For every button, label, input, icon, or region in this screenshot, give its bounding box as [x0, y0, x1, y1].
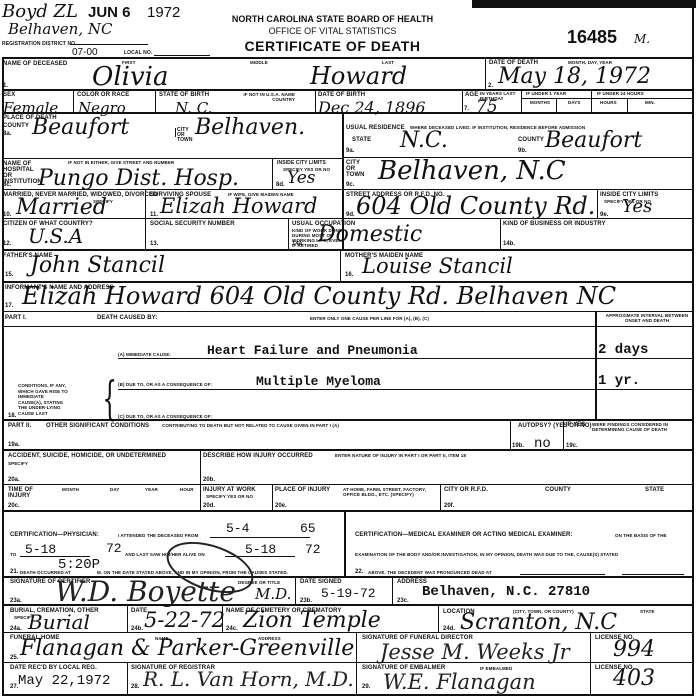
form-bottom-border [2, 694, 694, 696]
divider [2, 662, 692, 663]
certifier-title-value: M.D. [255, 587, 291, 602]
divider [2, 326, 692, 327]
citizen-value: U.S.A [28, 226, 83, 246]
funeral-license-value: 994 [613, 639, 655, 661]
divider [595, 311, 597, 420]
if-not-usa-label: IF NOT IN U.S.A. NAME COUNTRY [225, 92, 295, 102]
last-name-value: Howard [310, 64, 407, 88]
disposition-value: Burial [28, 612, 90, 632]
divider [272, 158, 273, 190]
interval-a-value: 2 days [598, 343, 648, 357]
divider [288, 218, 289, 249]
divider [590, 632, 591, 694]
item-number: 28. [131, 684, 139, 690]
divider [73, 89, 74, 113]
divider [2, 510, 694, 512]
specify-label: SPECIFY [8, 461, 28, 466]
death-time-value: 5:20P [58, 558, 100, 572]
divider [2, 218, 692, 219]
attended-from-year-value: 65 [300, 522, 316, 535]
divider [2, 449, 694, 451]
hour-label: HOUR [180, 487, 194, 492]
divider [295, 576, 296, 604]
days-label: DAYS [568, 100, 581, 105]
item-number: 13. [150, 241, 158, 247]
immediate-cause-label: (a) IMMEDIATE CAUSE: [118, 352, 171, 357]
item-number: 20e. [275, 503, 287, 509]
item-number: 15. [5, 272, 13, 278]
item-number: 16. [345, 272, 353, 278]
divider [127, 604, 128, 632]
death-county-value: Beaufort [32, 117, 129, 139]
last-saw-value: 5-18 [245, 543, 276, 556]
date-received-value: May 22,1972 [18, 674, 110, 688]
interval-b-value: 1 yr. [598, 374, 640, 388]
divider [500, 218, 501, 249]
divider [2, 419, 694, 421]
divider [556, 98, 557, 113]
race-label: COLOR OR RACE [77, 92, 129, 98]
first-name-value: Olivia [92, 64, 168, 90]
item-number: 9a. [346, 148, 354, 154]
divider [118, 358, 692, 359]
divider [462, 89, 463, 113]
item-number: 8d. [276, 182, 285, 188]
divider [2, 112, 694, 114]
last-saw-year-value: 72 [305, 543, 321, 556]
min-label: MIN. [645, 100, 655, 105]
attended-to-value: 5-18 [25, 543, 56, 556]
local-no-label: LOCAL NO. [124, 50, 152, 56]
residence-county-value: Beaufort [545, 130, 642, 152]
state-of-birth-label: STATE OF BIRTH [159, 92, 209, 98]
father-value: John Stancil [30, 255, 165, 277]
sex-label: SEX [3, 92, 15, 98]
divider [145, 189, 146, 249]
date-of-death-value: May 18, 1972 [498, 66, 651, 88]
item-number: 20c. [8, 503, 20, 509]
date-signed-label: DATE SIGNED [300, 579, 342, 585]
conditions-note: CONDITIONS, IF ANY, WHICH GAVE RISE TO I… [18, 383, 68, 416]
injury-yes-no-label: SPECIFY YES OR NO [206, 494, 253, 499]
divider [127, 662, 128, 694]
form-title: CERTIFICATE OF DEATH [220, 38, 445, 54]
funeral-home-value: Flanagan & Parker-Greenville [20, 638, 354, 660]
divider [272, 484, 273, 510]
part1-label: PART I. [5, 315, 27, 321]
item-number: 8c. [3, 182, 11, 188]
certificate-suffix: M. [634, 33, 650, 45]
to-label: TO [10, 552, 16, 557]
agency-line-1: NORTH CAROLINA STATE BOARD OF HEALTH [220, 14, 445, 24]
divider [175, 128, 176, 137]
divider [521, 98, 692, 99]
county-label: COUNTY [3, 123, 29, 129]
hospital-value: Pungo Dist. Hosp. [38, 168, 239, 190]
attended-to-year-value: 72 [106, 542, 122, 555]
place-note: AT HOME, FARM, STREET, FACTORY, OFFICE B… [343, 487, 438, 497]
item-number: 9c. [346, 182, 354, 188]
death-caused-by-label: DEATH CAUSED BY: [97, 315, 157, 321]
underline [210, 537, 310, 538]
embalmer-license-value: 403 [613, 668, 655, 690]
divider [155, 89, 156, 113]
injury-county-label: COUNTY [545, 487, 571, 493]
item-number: 22. [355, 569, 363, 575]
accident-label: ACCIDENT, SUICIDE, HOMICIDE, OR UNDETERM… [8, 453, 166, 459]
form-left-border [2, 57, 4, 696]
underline [520, 574, 605, 575]
under-24-hours-label: IF UNDER 24 HOURS [597, 91, 644, 96]
divider [340, 249, 341, 281]
location-state-label: STATE [640, 609, 655, 614]
findings-note: WERE FINDINGS CONSIDERED IN DETERMINING … [592, 422, 692, 432]
item-number: 25. [10, 655, 18, 661]
funeral-director-signature: Jesse M. Weeks Jr [380, 640, 570, 664]
certifier-address-value: Belhaven, N.C. 27810 [422, 585, 590, 599]
months-label: MONTHS [530, 100, 550, 105]
cemetery-value: Zion Temple [243, 610, 381, 632]
divider [485, 57, 486, 90]
local-no-line [154, 55, 210, 56]
divider [2, 249, 694, 251]
agency-line-2: OFFICE OF VITAL STATISTICS [220, 26, 445, 36]
cert-physician-label: CERTIFICATION—PHYSICIAN: [10, 532, 99, 538]
divider [2, 158, 342, 159]
describe-note: ENTER NATURE OF INJURY IN PART I OR PART… [335, 453, 466, 458]
other-conditions-label: OTHER SIGNIFICANT CONDITIONS [46, 423, 149, 429]
item-number: 14b. [503, 241, 515, 247]
residence-state-label: STATE [352, 137, 371, 143]
date-signed-value: 5-19-72 [321, 587, 376, 600]
registration-district-label: REGISTRATION DISTRICT NO. [2, 42, 77, 47]
divider [438, 604, 439, 632]
usual-residence-label: USUAL RESIDENCE [346, 125, 405, 131]
me-line3: ABOVE. THE DECEDENT WAS PRONOUNCED DEAD … [368, 570, 492, 575]
residence-city-value: Belhaven, N.C [378, 158, 566, 184]
registration-district-line [70, 44, 148, 45]
embalmer-signature: W.E. Flanagan [383, 670, 536, 694]
informant-value: Elizah Howard 604 Old County Rd. Belhave… [22, 284, 616, 308]
injury-state-label: STATE [645, 487, 664, 493]
item-number: 17. [5, 303, 13, 309]
month-label: MONTH [62, 487, 79, 492]
ssn-label: SOCIAL SECURITY NUMBER [150, 221, 235, 227]
residence-city-label: CITY OR TOWN [346, 160, 366, 178]
under-1-year-label: IF UNDER 1 YEAR [526, 91, 566, 96]
brace-icon: { [102, 375, 117, 421]
divider [2, 632, 692, 633]
item-number: 20a. [8, 477, 20, 483]
cert-me-label: CERTIFICATION—MEDICAL EXAMINER OR ACTING… [355, 532, 573, 538]
item-number: 29. [362, 684, 370, 690]
stamp-year: 1972 [147, 4, 180, 21]
time-of-injury-label: TIME OF INJURY [8, 487, 38, 499]
underline [622, 574, 684, 575]
surviving-spouse-value: Elizah Howard [160, 196, 317, 217]
year-label: YEAR [145, 487, 158, 492]
due-to-b-label: (b) DUE TO, OR AS A CONSEQUENCE OF: [118, 382, 212, 387]
day-label: DAY [110, 487, 119, 492]
divider [597, 189, 598, 218]
other-conditions-note: CONTRIBUTING TO DEATH BUT NOT RELATED TO… [162, 423, 339, 428]
place-of-injury-label: PLACE OF INJURY [275, 487, 330, 493]
stamp-handwriting: Boyd ZL [2, 3, 78, 21]
one-cause-note: ENTER ONLY ONE CAUSE PER LINE FOR (a), (… [310, 316, 429, 321]
divider [2, 604, 694, 606]
part2-label: PART II. [8, 423, 31, 429]
stamp-place: Belhaven, NC [8, 22, 112, 37]
injury-at-work-label: INJURY AT WORK [203, 487, 256, 493]
divider [591, 89, 592, 113]
cause-a-value: Heart Failure and Pneumonia [207, 344, 418, 357]
attended-from-value: 5-4 [226, 522, 249, 535]
item-number: 20f. [444, 503, 454, 509]
item-number: 21. [10, 569, 18, 575]
residence-state-value: N.C. [400, 130, 448, 152]
describe-injury-label: DESCRIBE HOW INJURY OCCURRED [203, 453, 313, 459]
middle-label: MIDDLE [250, 60, 268, 65]
divider [521, 89, 522, 113]
divider [510, 419, 511, 449]
date-received-label: DATE REC'D BY LOCAL REG. [10, 665, 97, 671]
name-of-deceased-label: NAME OF DECEASED [3, 61, 67, 67]
hospital-note: IF NOT IN EITHER, GIVE STREET AND NUMBER [68, 160, 174, 165]
hospital-inside-city-value: Yes [287, 170, 316, 187]
item-number: 9b. [518, 148, 527, 154]
divider [315, 89, 316, 113]
marital-status-value: Married [16, 197, 107, 219]
location-value: Scranton, N.C [460, 612, 617, 634]
city-or-town-label: CITY OR TOWN [177, 128, 197, 143]
divider [118, 389, 692, 390]
me-line1: ON THE BASIS OF THE [615, 533, 667, 538]
form-top-border [2, 57, 694, 59]
divider [222, 604, 223, 632]
registrar-signature: R. L. Van Horn, M.D. [143, 667, 354, 691]
if-yes-label: IF YES [566, 422, 586, 428]
divider [2, 484, 692, 485]
mother-value: Louise Stancil [362, 256, 513, 277]
hospital-inside-city-label: INSIDE CITY LIMITS [277, 160, 326, 166]
residence-county-label: COUNTY [518, 137, 544, 143]
divider [2, 311, 694, 312]
divider [440, 484, 441, 510]
business-label: KIND OF BUSINESS OR INDUSTRY [503, 221, 606, 227]
attended-from-label: I ATTENDED THE DECEASED FROM [118, 533, 198, 538]
burial-date-value: 5-22-72 [144, 610, 225, 631]
divider [356, 632, 357, 662]
city-rfd-label: CITY OR R.F.D. [444, 487, 488, 493]
item-number: 19a. [8, 442, 20, 448]
divider [392, 576, 393, 604]
me-line2: EXAMINATION OF THE BODY AND/OR INVESTIGA… [355, 552, 618, 557]
divider [356, 662, 357, 694]
death-city-value: Belhaven. [195, 117, 305, 139]
approx-interval-label: APPROXIMATE INTERVAL BETWEEN ONSET AND D… [602, 313, 692, 323]
divider [342, 189, 692, 190]
item-number: 20b. [203, 477, 215, 483]
redaction-bar [472, 0, 696, 8]
divider [2, 189, 342, 190]
cause-b-value: Multiple Myeloma [256, 375, 381, 388]
residence-inside-city-value: Yes [622, 198, 652, 216]
item-number: 14a. [292, 241, 304, 247]
stamp-date: JUN 6 [88, 4, 131, 21]
divider [200, 449, 201, 510]
certificate-number: 16485 [567, 27, 617, 48]
divider [344, 510, 346, 576]
divider [563, 419, 564, 449]
item-number: 12. [3, 241, 11, 247]
item-number: 20d. [203, 503, 215, 509]
occupation-value: Domestic [318, 224, 422, 246]
divider [627, 98, 628, 113]
item-number: 8a. [3, 131, 11, 137]
street-address-value: 604 Old County Rd. [356, 194, 595, 218]
hours-label: HOURS [600, 100, 617, 105]
